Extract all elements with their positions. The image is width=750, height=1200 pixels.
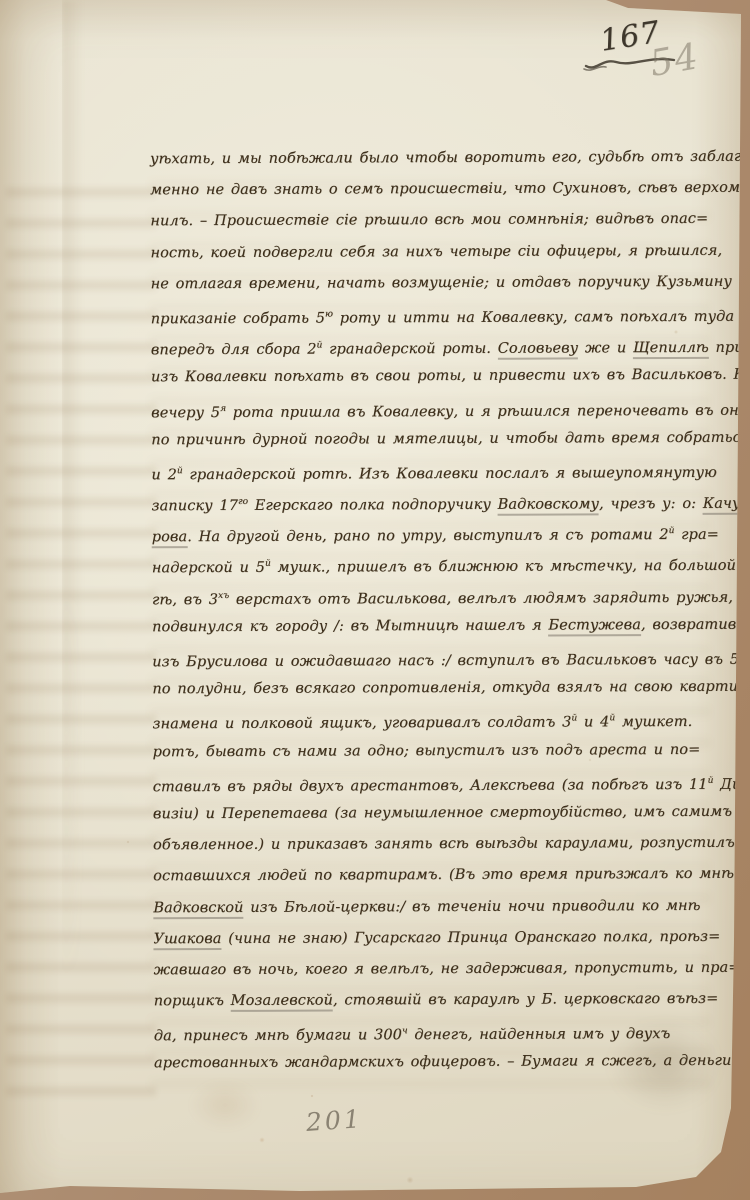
manuscript-line: ставилъ въ ряды двухъ арестантовъ, Алекс… xyxy=(153,765,738,799)
manuscript-paper: 167 54 уѣхать, и мы побѣжали было чтобы … xyxy=(0,0,750,1200)
manuscript-line: да, принесъ мнѣ бумаги и 300ч денегъ, на… xyxy=(154,1015,739,1049)
manuscript-line: и 2й гранадерской ротѣ. Изъ Ковалевки по… xyxy=(151,454,736,488)
manuscript-line: ность, коей подвергли себя за нихъ четыр… xyxy=(150,235,735,269)
manuscript-line: оставшихся людей по квартирамъ. (Въ это … xyxy=(153,859,738,893)
manuscript-line: объявленное.) и приказавъ занять всѣ выѣ… xyxy=(153,828,738,862)
manuscript-line: изъ Ковалевки поѣхать въ свои роты, и пр… xyxy=(151,360,736,394)
manuscript-line: не отлагая времени, начать возмущеніе; и… xyxy=(151,266,736,300)
paper-stain xyxy=(190,1080,260,1130)
manuscript-text: уѣхать, и мы побѣжали было чтобы воротит… xyxy=(150,142,739,1080)
manuscript-line: записку 17го Егерскаго полка подпоручику… xyxy=(151,485,736,519)
manuscript-line: Вадковской изъ Бѣлой-церкви:/ въ теченіи… xyxy=(153,890,738,924)
manuscript-line: подвинулся къ городу /: въ Мытницѣ нашел… xyxy=(152,610,737,644)
manuscript-line: уѣхать, и мы побѣжали было чтобы воротит… xyxy=(150,142,735,176)
manuscript-line: порщикъ Мозалевской, стоявшій въ караулѣ… xyxy=(154,984,739,1018)
scanned-manuscript-page: 167 54 уѣхать, и мы побѣжали было чтобы … xyxy=(0,0,750,1200)
manuscript-line: арестованныхъ жандармскихъ офицеровъ. – … xyxy=(154,1046,739,1080)
manuscript-line: знамена и полковой ящикъ, уговаривалъ со… xyxy=(152,703,737,737)
manuscript-line: по полудни, безъ всякаго сопротивленія, … xyxy=(152,672,737,706)
manuscript-line: жавшаго въ ночь, коего я велѣлъ, не заде… xyxy=(153,953,738,987)
manuscript-line: вечеру 5я рота пришла въ Ковалевку, и я … xyxy=(151,391,736,425)
manuscript-line: визіи) и Перепетаева (за неумышленное см… xyxy=(153,797,738,831)
manuscript-line: приказаніе собрать 5ю роту и итти на Ков… xyxy=(151,298,736,332)
manuscript-line: надерской и 5й мушк., пришелъ въ ближнюю… xyxy=(152,547,737,581)
manuscript-line: Ушакова (чина не знаю) Гусарскаго Принца… xyxy=(153,921,738,955)
manuscript-line: впередъ для сбора 2й гранадерской роты. … xyxy=(151,329,736,363)
manuscript-line: нилъ. – Происшествіе сіе рѣшило всѣ мои … xyxy=(150,204,735,238)
manuscript-line: менно не давъ знать о семъ происшествіи,… xyxy=(150,173,735,207)
bleedthrough-text-left xyxy=(6,168,156,1108)
manuscript-line: рова. На другой день, рано по утру, выст… xyxy=(152,516,737,550)
page-number-pencil-bottom: 201 xyxy=(305,1104,364,1137)
manuscript-line: изъ Брусилова и ожидавшаго насъ :/ вступ… xyxy=(152,641,737,675)
folio-number-pencil: 54 xyxy=(647,36,703,85)
manuscript-line: ротъ, бывать съ нами за одно; выпустилъ … xyxy=(153,734,738,768)
manuscript-line: по причинѣ дурной погоды и мятелицы, и ч… xyxy=(151,422,736,456)
manuscript-line: гѣ, въ 3хъ верстахъ отъ Василькова, велѣ… xyxy=(152,578,737,612)
